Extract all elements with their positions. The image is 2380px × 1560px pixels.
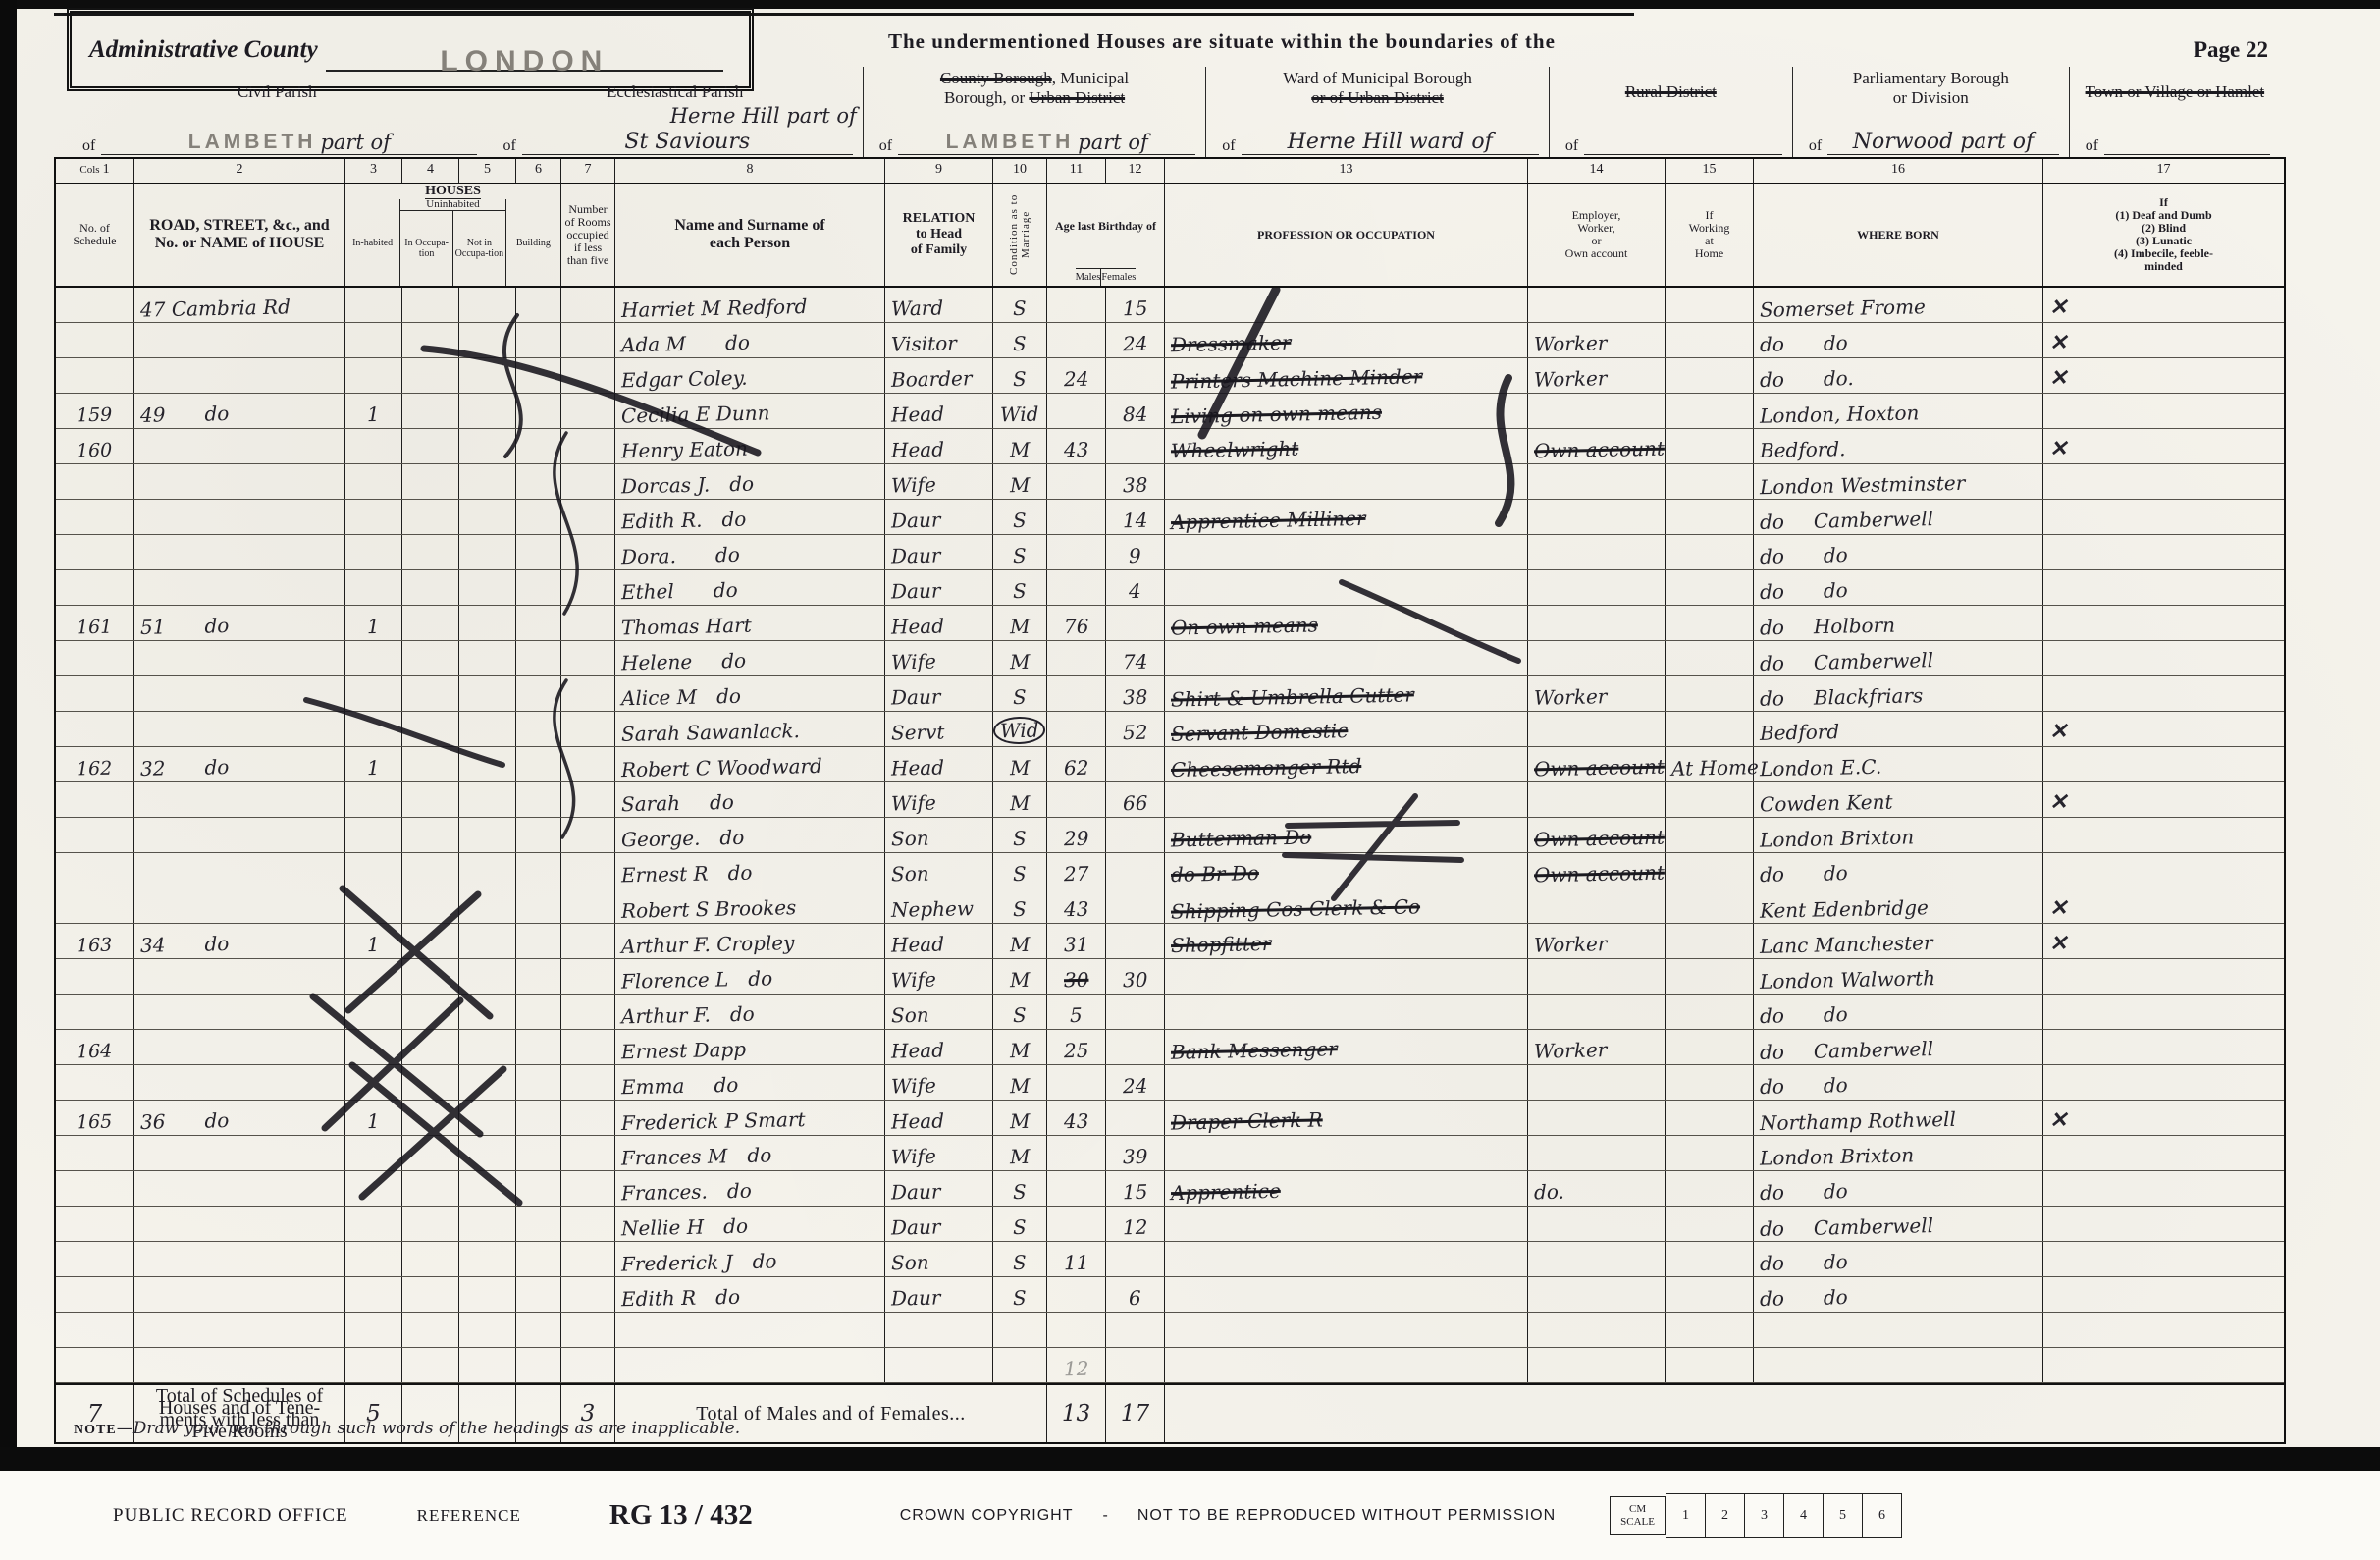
building-cell bbox=[516, 924, 561, 958]
schedule-number-cell bbox=[56, 959, 134, 994]
in-occupation-cell bbox=[402, 641, 459, 675]
name-cell: Edith R do bbox=[615, 1277, 885, 1312]
infirmity-cell bbox=[2043, 535, 2284, 569]
condition-cell: S bbox=[993, 1171, 1047, 1206]
table-row bbox=[56, 1313, 2284, 1348]
header-rooms: Number of Rooms occupied if less than fi… bbox=[561, 184, 615, 286]
name-cell: Dorcas J. do bbox=[615, 464, 885, 499]
condition-cell: M bbox=[993, 641, 1047, 675]
name-cell: Ada M do bbox=[615, 323, 885, 357]
age-female-cell: 4 bbox=[1106, 570, 1165, 605]
in-occupation-cell bbox=[402, 1313, 459, 1347]
building-cell bbox=[516, 323, 561, 357]
inhabited-cell bbox=[345, 712, 402, 746]
relation-cell: Head bbox=[885, 747, 993, 781]
age-male-cell bbox=[1047, 1136, 1106, 1170]
in-occupation-cell bbox=[402, 464, 459, 499]
working-at-home-cell bbox=[1666, 570, 1754, 605]
condition-cell bbox=[993, 1348, 1047, 1382]
not-in-occupation-cell bbox=[459, 1348, 516, 1382]
schedule-number-cell: 160 bbox=[56, 429, 134, 463]
header-schedule: No. of Schedule bbox=[56, 184, 134, 286]
inhabited-cell bbox=[345, 641, 402, 675]
table-row: Ernest R doSonS27do Br DoOwn accountdo d… bbox=[56, 853, 2284, 888]
age-male-cell bbox=[1047, 394, 1106, 428]
age-male-cell bbox=[1047, 782, 1106, 817]
census-page-scan: Administrative County LONDON The underme… bbox=[0, 0, 2380, 1560]
working-at-home-cell bbox=[1666, 1348, 1754, 1382]
ruler-segment: 5 bbox=[1823, 1494, 1862, 1537]
relation-cell: Daur bbox=[885, 676, 993, 711]
schedule-number-cell bbox=[56, 570, 134, 605]
building-cell bbox=[516, 1171, 561, 1206]
relation-cell: Nephew bbox=[885, 888, 993, 923]
occupation-cell bbox=[1165, 1136, 1528, 1170]
condition-cell: M bbox=[993, 1030, 1047, 1064]
building-cell bbox=[516, 535, 561, 569]
table-row: 160Henry EatonHeadM43WheelwrightOwn acco… bbox=[56, 429, 2284, 464]
employer-cell bbox=[1528, 1242, 1666, 1276]
road-cell: 34 do bbox=[134, 924, 345, 958]
infirmity-cell bbox=[2043, 1065, 2284, 1100]
building-cell bbox=[516, 570, 561, 605]
rooms-cell bbox=[561, 535, 615, 569]
where-born-cell: do Camberwell bbox=[1754, 1030, 2043, 1064]
of-word: of bbox=[1565, 137, 1578, 155]
occupation-cell: On own means bbox=[1165, 606, 1528, 640]
of-word: of bbox=[1222, 137, 1235, 155]
where-born-cell: do do bbox=[1754, 1242, 2043, 1276]
working-at-home-cell bbox=[1666, 676, 1754, 711]
schedule-number-cell bbox=[56, 888, 134, 923]
inhabited-cell bbox=[345, 358, 402, 393]
infirmity-cell bbox=[2043, 1207, 2284, 1241]
name-cell: Ernest R do bbox=[615, 853, 885, 888]
working-at-home-cell bbox=[1666, 1136, 1754, 1170]
age-female-cell: 24 bbox=[1106, 323, 1165, 357]
inhabited-cell bbox=[345, 888, 402, 923]
rooms-cell bbox=[561, 818, 615, 852]
occupation-cell: Draper Clerk R bbox=[1165, 1101, 1528, 1135]
where-born-cell: do Camberwell bbox=[1754, 641, 2043, 675]
working-at-home-cell bbox=[1666, 429, 1754, 463]
town-village-value bbox=[2104, 154, 2270, 155]
condition-cell: Wid bbox=[993, 394, 1047, 428]
building-cell bbox=[516, 959, 561, 994]
schedule-number-cell bbox=[56, 288, 134, 322]
in-occupation-cell bbox=[402, 1207, 459, 1241]
relation-cell: Head bbox=[885, 924, 993, 958]
occupation-cell: Servant Domestic bbox=[1165, 712, 1528, 746]
infirmity-cell bbox=[2043, 818, 2284, 852]
occupation-cell bbox=[1165, 995, 1528, 1029]
inhabited-cell bbox=[345, 1313, 402, 1347]
occupation-cell: Shirt & Umbrella Cutter bbox=[1165, 676, 1528, 711]
age-female-cell: 84 bbox=[1106, 394, 1165, 428]
infirmity-cell: ✕ bbox=[2043, 429, 2284, 463]
in-occupation-cell bbox=[402, 782, 459, 817]
rooms-cell bbox=[561, 1065, 615, 1100]
working-at-home-cell bbox=[1666, 535, 1754, 569]
county-borough-handwriting: part of bbox=[1078, 131, 1148, 154]
header-age: Age last Birthday of bbox=[1055, 184, 1156, 268]
ruler-segment: 6 bbox=[1862, 1494, 1901, 1537]
table-row: 16334 do1Arthur F. CropleyHeadM31Shopfit… bbox=[56, 924, 2284, 959]
road-cell bbox=[134, 995, 345, 1029]
inhabited-cell: 1 bbox=[345, 1101, 402, 1135]
ecclesiastical-parish-value: St Saviours Herne Hill part of bbox=[522, 130, 853, 155]
not-in-occupation-cell bbox=[459, 995, 516, 1029]
name-cell: Ernest Dapp bbox=[615, 1030, 885, 1064]
relation-cell bbox=[885, 1348, 993, 1382]
relation-cell: Wife bbox=[885, 782, 993, 817]
rooms-cell bbox=[561, 429, 615, 463]
header-houses-group: HOUSES In-habited Uninhabited In Occupa-… bbox=[345, 184, 561, 286]
infirmity-cell bbox=[2043, 676, 2284, 711]
condition-cell: S bbox=[993, 500, 1047, 534]
table-row: Sarah Sawanlack.ServtWid52Servant Domest… bbox=[56, 712, 2284, 747]
name-cell: George. do bbox=[615, 818, 885, 852]
in-occupation-cell bbox=[402, 323, 459, 357]
not-in-occupation-cell bbox=[459, 606, 516, 640]
rooms-cell bbox=[561, 782, 615, 817]
civil-parish-handwriting: part of bbox=[320, 131, 391, 154]
reproduction-notice: NOT TO BE REPRODUCED WITHOUT PERMISSION bbox=[1137, 1507, 1556, 1525]
not-in-occupation-cell bbox=[459, 959, 516, 994]
age-male-cell: 62 bbox=[1047, 747, 1106, 781]
name-cell: Sarah do bbox=[615, 782, 885, 817]
employer-cell: Worker bbox=[1528, 676, 1666, 711]
column-number: 13 bbox=[1165, 159, 1528, 184]
column-number: 10 bbox=[993, 159, 1047, 184]
working-at-home-cell bbox=[1666, 1171, 1754, 1206]
condition-cell: S bbox=[993, 1277, 1047, 1312]
column-number: 8 bbox=[615, 159, 885, 184]
infirmity-cell bbox=[2043, 394, 2284, 428]
building-cell bbox=[516, 606, 561, 640]
table-row: Robert S BrookesNephewS43Shipping Cos Cl… bbox=[56, 888, 2284, 924]
name-cell: Edith R. do bbox=[615, 500, 885, 534]
rooms-cell bbox=[561, 570, 615, 605]
ruler-segment: 2 bbox=[1705, 1494, 1744, 1537]
not-in-occupation-cell bbox=[459, 288, 516, 322]
column-number: 2 bbox=[134, 159, 345, 184]
where-born-cell: Lanc Manchester bbox=[1754, 924, 2043, 958]
where-born-cell: do do bbox=[1754, 995, 2043, 1029]
where-born-cell: do do bbox=[1754, 323, 2043, 357]
not-in-occupation-cell bbox=[459, 712, 516, 746]
age-male-cell: 43 bbox=[1047, 888, 1106, 923]
reference-label: REFERENCE bbox=[417, 1506, 521, 1526]
column-number: 7 bbox=[561, 159, 615, 184]
column-number: 11 bbox=[1047, 159, 1106, 184]
table-row: Florence L doWifeM3030London Walworth bbox=[56, 959, 2284, 995]
name-cell bbox=[615, 1313, 885, 1347]
name-cell: Robert C Woodward bbox=[615, 747, 885, 781]
age-female-cell bbox=[1106, 429, 1165, 463]
building-cell bbox=[516, 818, 561, 852]
where-born-cell: London Brixton bbox=[1754, 1136, 2043, 1170]
infirmity-cell: ✕ bbox=[2043, 712, 2284, 746]
in-occupation-cell bbox=[402, 747, 459, 781]
table-row: Edgar Coley.BoarderS24Printers Machine M… bbox=[56, 358, 2284, 394]
age-male-cell: 25 bbox=[1047, 1030, 1106, 1064]
relation-cell: Daur bbox=[885, 570, 993, 605]
working-at-home-cell bbox=[1666, 818, 1754, 852]
working-at-home-cell bbox=[1666, 782, 1754, 817]
inhabited-cell bbox=[345, 959, 402, 994]
road-cell bbox=[134, 641, 345, 675]
table-row: 15949 do1Cecilia E DunnHeadWid84Living o… bbox=[56, 394, 2284, 429]
age-female-cell: 14 bbox=[1106, 500, 1165, 534]
rooms-cell bbox=[561, 1313, 615, 1347]
infirmity-cell bbox=[2043, 1136, 2284, 1170]
district-headings: Civil Parish of LAMBETH part of Ecclesia… bbox=[67, 67, 2280, 157]
age-female-cell: 12 bbox=[1106, 1207, 1165, 1241]
relation-cell: Son bbox=[885, 1242, 993, 1276]
working-at-home-cell bbox=[1666, 1277, 1754, 1312]
age-female-cell bbox=[1106, 606, 1165, 640]
where-born-cell: do Camberwell bbox=[1754, 1207, 2043, 1241]
header-houses: HOUSES bbox=[425, 184, 481, 199]
schedule-number-cell bbox=[56, 1242, 134, 1276]
in-occupation-cell bbox=[402, 606, 459, 640]
header-building: Building bbox=[506, 199, 560, 286]
working-at-home-cell bbox=[1666, 641, 1754, 675]
cm-scale-ruler: 123456 bbox=[1666, 1493, 1902, 1538]
of-word: of bbox=[1809, 137, 1822, 155]
inhabited-cell bbox=[345, 464, 402, 499]
age-female-cell bbox=[1106, 818, 1165, 852]
condition-cell: S bbox=[993, 570, 1047, 605]
name-cell: Dora. do bbox=[615, 535, 885, 569]
employer-cell: Worker bbox=[1528, 924, 1666, 958]
condition-cell: M bbox=[993, 924, 1047, 958]
not-in-occupation-cell bbox=[459, 818, 516, 852]
age-male-cell: 11 bbox=[1047, 1242, 1106, 1276]
table-row: Ethel doDaurS4do do bbox=[56, 570, 2284, 606]
in-occupation-cell bbox=[402, 1348, 459, 1382]
building-cell bbox=[516, 1136, 561, 1170]
ward-label: Ward of Municipal Borough or of Urban Di… bbox=[1212, 69, 1543, 108]
in-occupation-cell bbox=[402, 358, 459, 393]
condition-cell: S bbox=[993, 676, 1047, 711]
occupation-cell bbox=[1165, 1277, 1528, 1312]
employer-cell bbox=[1528, 959, 1666, 994]
name-cell: Harriet M Redford bbox=[615, 288, 885, 322]
not-in-occupation-cell bbox=[459, 747, 516, 781]
rooms-cell bbox=[561, 1207, 615, 1241]
ruler-segment: 4 bbox=[1783, 1494, 1823, 1537]
county-borough-value: LAMBETH part of bbox=[898, 131, 1195, 155]
table-row: Edith R. doDaurS14Apprentice Millinerdo … bbox=[56, 500, 2284, 535]
working-at-home-cell bbox=[1666, 358, 1754, 393]
condition-cell: S bbox=[993, 1207, 1047, 1241]
inhabited-cell bbox=[345, 570, 402, 605]
relation-cell: Boarder bbox=[885, 358, 993, 393]
infirmity-cell: ✕ bbox=[2043, 288, 2284, 322]
age-female-cell bbox=[1106, 1242, 1165, 1276]
not-in-occupation-cell bbox=[459, 1030, 516, 1064]
where-born-cell: do do bbox=[1754, 1277, 2043, 1312]
condition-cell: M bbox=[993, 959, 1047, 994]
rooms-cell bbox=[561, 464, 615, 499]
county-borough-label: County Borough, Municipal Borough, or Ur… bbox=[870, 69, 1200, 108]
where-born-cell: do do bbox=[1754, 1065, 2043, 1100]
road-cell bbox=[134, 323, 345, 357]
age-male-cell: 43 bbox=[1047, 1101, 1106, 1135]
in-occupation-cell bbox=[402, 570, 459, 605]
schedule-number-cell bbox=[56, 1136, 134, 1170]
not-in-occupation-cell bbox=[459, 323, 516, 357]
inhabited-cell: 1 bbox=[345, 394, 402, 428]
table-row: Sarah doWifeM66Cowden Kent✕ bbox=[56, 782, 2284, 818]
in-occupation-cell bbox=[402, 818, 459, 852]
not-in-occupation-cell bbox=[459, 394, 516, 428]
name-cell: Robert S Brookes bbox=[615, 888, 885, 923]
where-born-cell bbox=[1754, 1313, 2043, 1347]
employer-cell bbox=[1528, 641, 1666, 675]
working-at-home-cell bbox=[1666, 500, 1754, 534]
note-line: NOTE—Draw your pen through such words of… bbox=[74, 1419, 740, 1438]
occupation-cell: Dressmaker bbox=[1165, 323, 1528, 357]
rooms-cell bbox=[561, 394, 615, 428]
header-not-in-occupation: Not in Occupa-tion bbox=[453, 211, 505, 286]
infirmity-cell bbox=[2043, 500, 2284, 534]
column-number: 15 bbox=[1666, 159, 1754, 184]
road-cell bbox=[134, 1065, 345, 1100]
in-occupation-cell bbox=[402, 1065, 459, 1100]
rural-district-label: Rural District bbox=[1556, 82, 1786, 102]
where-born-cell bbox=[1754, 1348, 2043, 1382]
employer-cell bbox=[1528, 888, 1666, 923]
schedule-number-cell bbox=[56, 1207, 134, 1241]
where-born-cell: Cowden Kent bbox=[1754, 782, 2043, 817]
name-cell: Florence L do bbox=[615, 959, 885, 994]
infirmity-cell bbox=[2043, 853, 2284, 888]
inhabited-cell bbox=[345, 1242, 402, 1276]
age-female-cell: 39 bbox=[1106, 1136, 1165, 1170]
occupation-cell: Printers Machine Minder bbox=[1165, 358, 1528, 393]
employer-cell: Own account bbox=[1528, 747, 1666, 781]
relation-cell: Son bbox=[885, 818, 993, 852]
civil-parish-section: Civil Parish of LAMBETH part of bbox=[67, 67, 487, 157]
inhabited-cell bbox=[345, 1171, 402, 1206]
occupation-cell bbox=[1165, 570, 1528, 605]
working-at-home-cell bbox=[1666, 1101, 1754, 1135]
occupation-cell bbox=[1165, 959, 1528, 994]
age-male-cell bbox=[1047, 676, 1106, 711]
employer-cell: Worker bbox=[1528, 1030, 1666, 1064]
age-female-cell: 74 bbox=[1106, 641, 1165, 675]
age-female-cell: 15 bbox=[1106, 1171, 1165, 1206]
inhabited-cell bbox=[345, 323, 402, 357]
header-road: ROAD, STREET, &c., and No. or NAME of HO… bbox=[134, 184, 345, 286]
building-cell bbox=[516, 358, 561, 393]
public-record-office-label: PUBLIC RECORD OFFICE bbox=[113, 1505, 348, 1527]
name-cell: Frances M do bbox=[615, 1136, 885, 1170]
name-cell bbox=[615, 1348, 885, 1382]
header-inhabited: In-habited bbox=[345, 199, 400, 286]
age-male-cell: 24 bbox=[1047, 358, 1106, 393]
name-cell: Alice M do bbox=[615, 676, 885, 711]
building-cell bbox=[516, 288, 561, 322]
age-male-cell bbox=[1047, 712, 1106, 746]
rooms-cell bbox=[561, 1136, 615, 1170]
ward-value: Herne Hill ward of bbox=[1242, 130, 1539, 155]
not-in-occupation-cell bbox=[459, 924, 516, 958]
county-borough-section: County Borough, Municipal Borough, or Ur… bbox=[864, 67, 1207, 157]
employer-cell bbox=[1528, 1065, 1666, 1100]
schedule-number-cell: 163 bbox=[56, 924, 134, 958]
name-cell: Edgar Coley. bbox=[615, 358, 885, 393]
occupation-cell bbox=[1165, 1065, 1528, 1100]
inhabited-cell: 1 bbox=[345, 606, 402, 640]
condition-cell: S bbox=[993, 888, 1047, 923]
road-cell bbox=[134, 1136, 345, 1170]
age-male-cell bbox=[1047, 1313, 1106, 1347]
working-at-home-cell bbox=[1666, 323, 1754, 357]
building-cell bbox=[516, 1030, 561, 1064]
employer-cell bbox=[1528, 1136, 1666, 1170]
building-cell bbox=[516, 676, 561, 711]
column-number: 16 bbox=[1754, 159, 2043, 184]
employer-cell bbox=[1528, 570, 1666, 605]
building-cell bbox=[516, 853, 561, 888]
infirmity-cell: ✕ bbox=[2043, 1101, 2284, 1135]
inhabited-cell bbox=[345, 1136, 402, 1170]
working-at-home-cell bbox=[1666, 288, 1754, 322]
employer-cell: Own account bbox=[1528, 853, 1666, 888]
infirmity-cell bbox=[2043, 1348, 2284, 1382]
ecclesiastical-parish-label: Ecclesiastical Parish bbox=[493, 82, 856, 102]
rooms-cell bbox=[561, 924, 615, 958]
road-cell bbox=[134, 500, 345, 534]
rooms-cell bbox=[561, 1171, 615, 1206]
not-in-occupation-cell bbox=[459, 782, 516, 817]
not-in-occupation-cell bbox=[459, 853, 516, 888]
road-cell bbox=[134, 782, 345, 817]
occupation-cell: Apprentice bbox=[1165, 1171, 1528, 1206]
relation-cell: Wife bbox=[885, 1136, 993, 1170]
not-in-occupation-cell bbox=[459, 1101, 516, 1135]
inhabited-cell bbox=[345, 500, 402, 534]
age-male-cell: 29 bbox=[1047, 818, 1106, 852]
employer-cell: Own account bbox=[1528, 818, 1666, 852]
inhabited-cell bbox=[345, 782, 402, 817]
table-row: George. doSonS29Butterman DoOwn accountL… bbox=[56, 818, 2284, 853]
page-number: Page 22 bbox=[2194, 37, 2268, 63]
rooms-cell bbox=[561, 500, 615, 534]
road-cell bbox=[134, 888, 345, 923]
relation-cell: Head bbox=[885, 429, 993, 463]
header-working-at-home: IfWorking atHome bbox=[1666, 184, 1754, 286]
table-row: Alice M doDaurS38Shirt & Umbrella Cutter… bbox=[56, 676, 2284, 712]
road-cell bbox=[134, 1313, 345, 1347]
building-cell bbox=[516, 1348, 561, 1382]
age-female-cell: 52 bbox=[1106, 712, 1165, 746]
age-male-cell: 30 bbox=[1047, 959, 1106, 994]
occupation-cell bbox=[1165, 1242, 1528, 1276]
parliamentary-borough-label: Parliamentary Borough or Division bbox=[1799, 69, 2063, 108]
road-cell bbox=[134, 1277, 345, 1312]
relation-cell: Daur bbox=[885, 500, 993, 534]
age-female-cell bbox=[1106, 1348, 1165, 1382]
building-cell bbox=[516, 1313, 561, 1347]
not-in-occupation-cell bbox=[459, 1171, 516, 1206]
building-cell bbox=[516, 641, 561, 675]
age-male-cell bbox=[1047, 500, 1106, 534]
